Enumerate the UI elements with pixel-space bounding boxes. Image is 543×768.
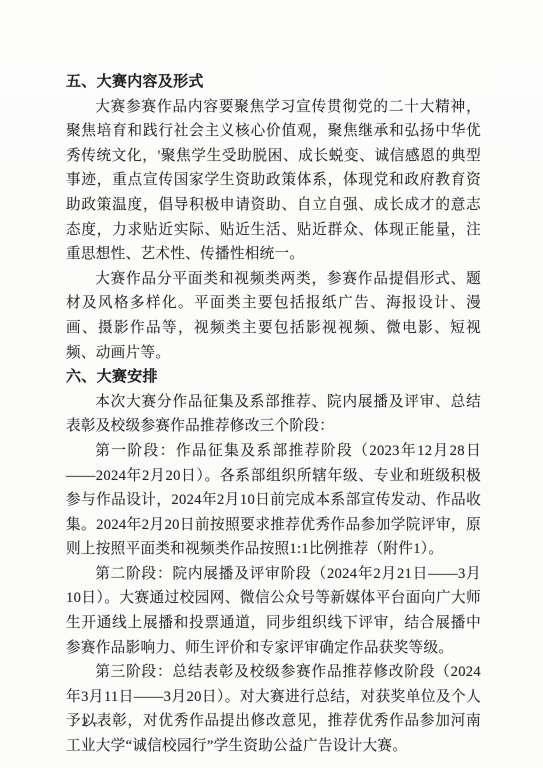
- paragraph-stage-3: 第三阶段：总结表彰及校级参赛作品推荐修改阶段（2024年3月11日——3月20日…: [66, 660, 481, 758]
- scanned-page: 五、大赛内容及形式 大赛参赛作品内容要聚焦学习宣传贯彻党的二十大精神，聚焦培育和…: [0, 0, 543, 768]
- page-number: - 2 -: [72, 714, 99, 730]
- section-heading-6: 六、大赛安排: [66, 365, 481, 390]
- paragraph-stage-2: 第二阶段：院内展播及评审阶段（2024年2月21日——3月10日）。大赛通过校园…: [66, 562, 481, 660]
- paragraph-stage-1: 第一阶段：作品征集及系部推荐阶段（2023年12月28日——2024年2月20日…: [66, 439, 481, 562]
- paragraph-arrangement-intro: 本次大赛分作品征集及系部推荐、院内展播及评审、总结表彰及校级参赛作品推荐修改三个…: [66, 390, 481, 439]
- document-body: 五、大赛内容及形式 大赛参赛作品内容要聚焦学习宣传贯彻党的二十大精神，聚焦培育和…: [66, 70, 481, 759]
- paragraph-content-2: 大赛作品分平面类和视频类两类，参赛作品提倡形式、题材及风格多样化。平面类主要包括…: [66, 267, 481, 365]
- paragraph-content-1: 大赛参赛作品内容要聚焦学习宣传贯彻党的二十大精神，聚焦培育和践行社会主义核心价值…: [66, 95, 481, 267]
- section-heading-5: 五、大赛内容及形式: [66, 70, 481, 95]
